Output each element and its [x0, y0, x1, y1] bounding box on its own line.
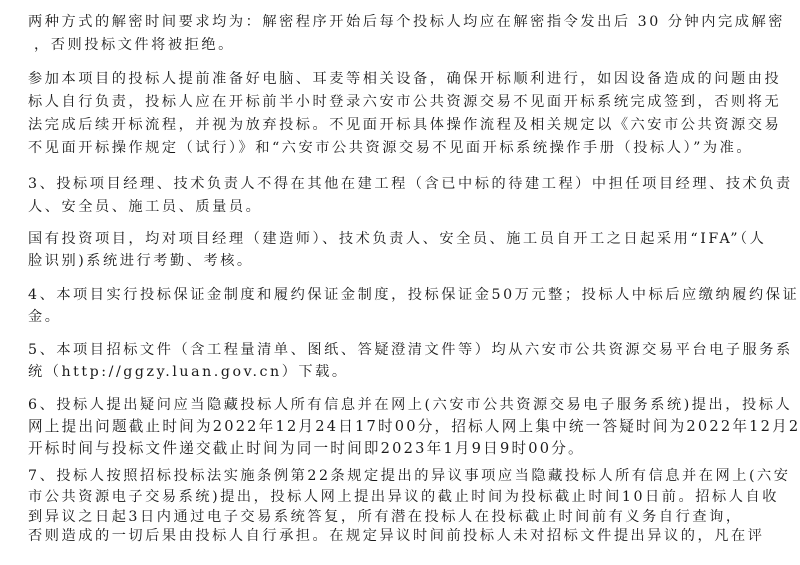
- text-line: 参加本项目的投标人提前准备好电脑、耳麦等相关设备，确保开标顺利进行，如因设备造成…: [28, 70, 781, 88]
- text-line: 市公共资源电子交易系统)提出，投标人网上提出异议的截止时间为投标截止时间10日前…: [28, 488, 779, 506]
- text-line: 4、本项目实行投标保证金制度和履约保证金制度，投标保证金50万元整；投标人中标后…: [28, 286, 799, 304]
- text-line: 3、投标项目经理、技术负责人不得在其他在建工程（含已中标的待建工程）中担任项目经…: [28, 175, 793, 193]
- text-line: 脸识别)系统进行考勤、考核。: [28, 252, 254, 270]
- text-line: 5、本项目招标文件（含工程量清单、图纸、答疑澄清文件等）均从六安市公共资源交易平…: [28, 341, 793, 359]
- text-line: 金。: [28, 308, 61, 326]
- text-line: 网上提出问题截止时间为2022年12月24日17时00分，招标人网上集中统一答疑…: [28, 418, 800, 436]
- text-line: 人、安全员、施工员、质量员。: [28, 198, 262, 216]
- text-line: 到异议之日起3日内通过电子交易系统答复，所有潜在投标人在投标截止时间前有义务自行…: [28, 508, 743, 526]
- text-line: 法完成后续开标流程，并视为放弃投标。不见面开标具体操作流程及相关规定以《六安市公…: [28, 116, 781, 134]
- text-line: 标人自行负责，投标人应在开标前半小时登录六安市公共资源交易不见面开标系统完成签到…: [28, 93, 781, 111]
- text-line: ，否则投标文件将被拒绝。: [34, 36, 235, 54]
- text-line: 6、投标人提出疑问应当隐藏投标人所有信息并在网上(六安市公共资源交易电子服务系统…: [28, 396, 792, 414]
- url-line: 统（http://ggzy.luan.gov.cn）下载。: [28, 363, 349, 381]
- text-line: 不见面开标操作规定（试行）》和“六安市公共资源交易不见面开标系统操作手册（投标人…: [28, 139, 753, 157]
- text-line: 7、投标人按照招标投标法实施条例第22条规定提出的异议事项应当隐藏投标人所有信息…: [28, 467, 791, 485]
- text-line: 两种方式的解密时间要求均为：解密程序开始后每个投标人均应在解密指令发出后 30 …: [28, 13, 785, 31]
- text-line: 否则造成的一切后果由投标人自行承担。在规定异议时间前投标人未对招标文件提出异议的…: [28, 527, 764, 545]
- text-line: 国有投资项目，均对项目经理（建造师）、技术负责人、安全员、施工员自开工之日起采用…: [28, 230, 766, 248]
- text-line: 开标时间与投标文件递交截止时间为同一时间即2023年1月9日9时00分。: [28, 440, 585, 458]
